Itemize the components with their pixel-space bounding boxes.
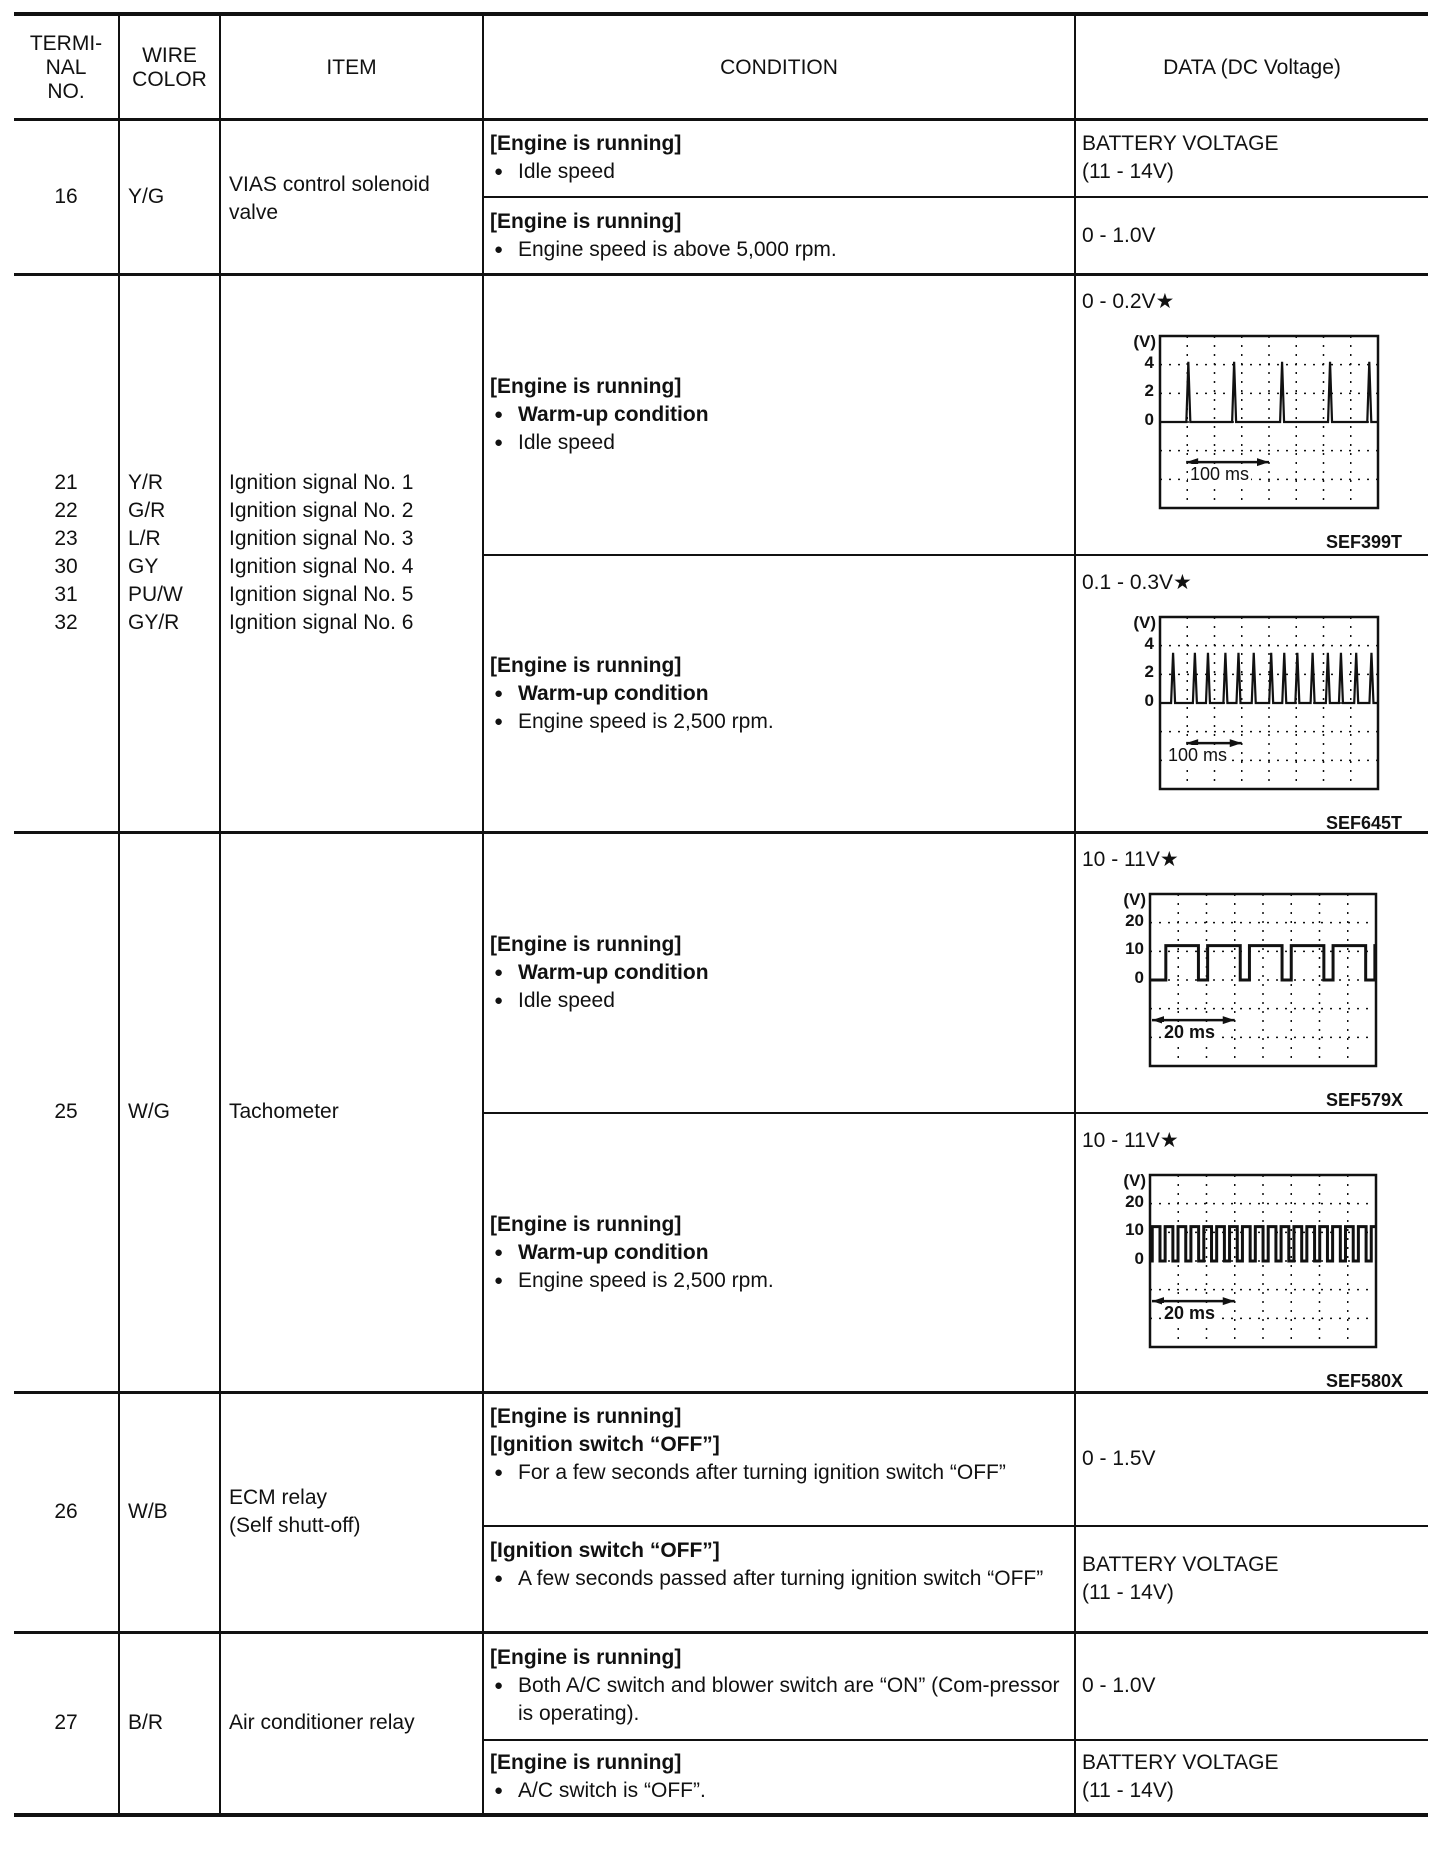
terminal-number: 16 — [14, 183, 118, 211]
header-condition: CONDITION — [484, 16, 1074, 119]
item-name: Ignition signal No. 6 — [229, 609, 472, 637]
y-axis-tick: 2 — [1124, 381, 1154, 401]
item-name: Ignition signal No. 3 — [229, 525, 472, 553]
condition-bullet: Idle speed — [490, 429, 1060, 457]
condition-cell: [Engine is running]Idle speed — [490, 130, 1060, 186]
item-name: VIAS control solenoid valve — [229, 171, 472, 227]
data-value: 0 - 0.2V★ — [1082, 288, 1174, 316]
terminal-number: 32 — [14, 609, 118, 637]
column-divider — [482, 12, 484, 1814]
figure-code: SEF645T — [1326, 813, 1456, 834]
terminal-number: 31 — [14, 581, 118, 609]
data-value: 10 - 11V★ — [1082, 1127, 1179, 1155]
wire-color: Y/G — [128, 183, 217, 211]
condition-heading: [Engine is running] — [490, 652, 1060, 680]
condition-cell: [Engine is running]Engine speed is above… — [490, 208, 1060, 264]
data-value: 0 - 1.0V — [1082, 1672, 1156, 1700]
y-axis-tick: 0 — [1124, 691, 1154, 711]
condition-bullet: A few seconds passed after turning ignit… — [490, 1565, 1060, 1593]
y-axis-tick: 20 — [1114, 911, 1144, 931]
time-scale-label: 100 ms — [1166, 745, 1229, 766]
row-border — [14, 273, 1428, 276]
condition-cell: [Engine is running][Ignition switch “OFF… — [490, 1403, 1060, 1487]
terminal-number: 25 — [14, 1098, 118, 1126]
y-axis-unit: (V) — [1116, 890, 1146, 910]
column-divider — [1074, 12, 1076, 1814]
condition-cell: [Engine is running]Both A/C switch and b… — [490, 1644, 1060, 1728]
wire-color: G/R — [128, 497, 217, 525]
figure-code: SEF399T — [1326, 532, 1456, 553]
column-divider — [219, 12, 221, 1814]
figure-code: SEF580X — [1326, 1371, 1456, 1392]
condition-cell: [Engine is running]Warm-up conditionEngi… — [490, 1211, 1060, 1295]
header-data: DATA (DC Voltage) — [1076, 16, 1428, 119]
condition-bullet: Engine speed is 2,500 rpm. — [490, 1267, 1060, 1295]
condition-cell: [Engine is running]A/C switch is “OFF”. — [490, 1749, 1060, 1805]
condition-heading: [Engine is running] — [490, 1749, 1060, 1777]
condition-bullet: A/C switch is “OFF”. — [490, 1777, 1060, 1805]
condition-cell: [Engine is running]Warm-up conditionIdle… — [490, 931, 1060, 1015]
y-axis-unit: (V) — [1116, 1171, 1146, 1191]
y-axis-tick: 10 — [1114, 1220, 1144, 1240]
y-axis-tick: 20 — [1114, 1192, 1144, 1212]
sub-row-border — [482, 1112, 1428, 1114]
y-axis-tick: 10 — [1114, 939, 1144, 959]
terminal-number: 23 — [14, 525, 118, 553]
data-value: 0 - 1.0V — [1082, 222, 1156, 250]
condition-heading: [Engine is running] — [490, 1403, 1060, 1431]
row-border — [14, 1813, 1428, 1817]
item-name: Air conditioner relay — [229, 1709, 472, 1737]
item-name: Ignition signal No. 2 — [229, 497, 472, 525]
terminal-number: 21 — [14, 469, 118, 497]
y-axis-tick: 0 — [1124, 410, 1154, 430]
y-axis-tick: 2 — [1124, 662, 1154, 682]
condition-heading: [Engine is running] — [490, 931, 1060, 959]
condition-heading: [Ignition switch “OFF”] — [490, 1537, 1060, 1565]
y-axis-unit: (V) — [1126, 332, 1156, 352]
condition-bullet: Both A/C switch and blower switch are “O… — [490, 1672, 1060, 1728]
sub-row-border — [482, 196, 1428, 198]
wire-color: PU/W — [128, 581, 217, 609]
time-scale-label: 100 ms — [1188, 464, 1251, 485]
condition-heading: [Engine is running] — [490, 1644, 1060, 1672]
header-item: ITEM — [221, 16, 482, 119]
item-name: Tachometer — [229, 1098, 472, 1126]
column-divider — [118, 12, 120, 1814]
data-value: 0 - 1.5V — [1082, 1445, 1156, 1473]
wire-color: W/B — [128, 1498, 217, 1526]
condition-bullet: Idle speed — [490, 158, 1060, 186]
condition-heading: [Engine is running] — [490, 1211, 1060, 1239]
condition-cell: [Ignition switch “OFF”]A few seconds pas… — [490, 1537, 1060, 1593]
wire-color: B/R — [128, 1709, 217, 1737]
figure-code: SEF579X — [1326, 1090, 1456, 1111]
item-name: Ignition signal No. 1 — [229, 469, 472, 497]
y-axis-tick: 0 — [1114, 1249, 1144, 1269]
condition-bullet: Warm-up condition — [490, 401, 1060, 429]
wire-color: W/G — [128, 1098, 217, 1126]
terminal-number: 27 — [14, 1709, 118, 1737]
item-name: Ignition signal No. 4 — [229, 553, 472, 581]
row-border — [14, 1391, 1428, 1394]
condition-heading: [Engine is running] — [490, 373, 1060, 401]
condition-bullet: Warm-up condition — [490, 959, 1060, 987]
wire-color: Y/R — [128, 469, 217, 497]
table-top-border — [14, 12, 1428, 16]
time-scale-label: 20 ms — [1162, 1303, 1217, 1324]
wire-color: GY/R — [128, 609, 217, 637]
condition-heading: [Engine is running] — [490, 208, 1060, 236]
condition-cell: [Engine is running]Warm-up conditionEngi… — [490, 652, 1060, 736]
condition-bullet: For a few seconds after turning ignition… — [490, 1459, 1060, 1487]
data-value: BATTERY VOLTAGE (11 - 14V) — [1082, 130, 1278, 186]
y-axis-tick: 4 — [1124, 634, 1154, 654]
condition-heading: [Engine is running] — [490, 130, 1060, 158]
sub-row-border — [482, 554, 1428, 556]
terminal-number: 22 — [14, 497, 118, 525]
data-value: 10 - 11V★ — [1082, 846, 1179, 874]
item-name: ECM relay (Self shutt-off) — [229, 1484, 472, 1540]
item-name: Ignition signal No. 5 — [229, 581, 472, 609]
terminal-number: 26 — [14, 1498, 118, 1526]
wire-color: L/R — [128, 525, 217, 553]
data-value: BATTERY VOLTAGE (11 - 14V) — [1082, 1749, 1278, 1805]
terminal-number: 30 — [14, 553, 118, 581]
condition-heading: [Ignition switch “OFF”] — [490, 1431, 1060, 1459]
header-bottom-border — [14, 118, 1428, 121]
time-scale-label: 20 ms — [1162, 1022, 1217, 1043]
condition-bullet: Warm-up condition — [490, 1239, 1060, 1267]
header-wire-color: WIRE COLOR — [120, 16, 219, 119]
y-axis-tick: 4 — [1124, 353, 1154, 373]
row-border — [14, 1631, 1428, 1634]
condition-bullet: Idle speed — [490, 987, 1060, 1015]
row-border — [14, 831, 1428, 834]
data-value: 0.1 - 0.3V★ — [1082, 569, 1192, 597]
sub-row-border — [482, 1525, 1428, 1527]
sub-row-border — [482, 1739, 1428, 1741]
wire-color: GY — [128, 553, 217, 581]
condition-bullet: Warm-up condition — [490, 680, 1060, 708]
y-axis-unit: (V) — [1126, 613, 1156, 633]
condition-cell: [Engine is running]Warm-up conditionIdle… — [490, 373, 1060, 457]
header-terminal-no: TERMI- NAL NO. — [14, 16, 118, 119]
data-value: BATTERY VOLTAGE (11 - 14V) — [1082, 1551, 1278, 1607]
condition-bullet: Engine speed is 2,500 rpm. — [490, 708, 1060, 736]
condition-bullet: Engine speed is above 5,000 rpm. — [490, 236, 1060, 264]
y-axis-tick: 0 — [1114, 968, 1144, 988]
